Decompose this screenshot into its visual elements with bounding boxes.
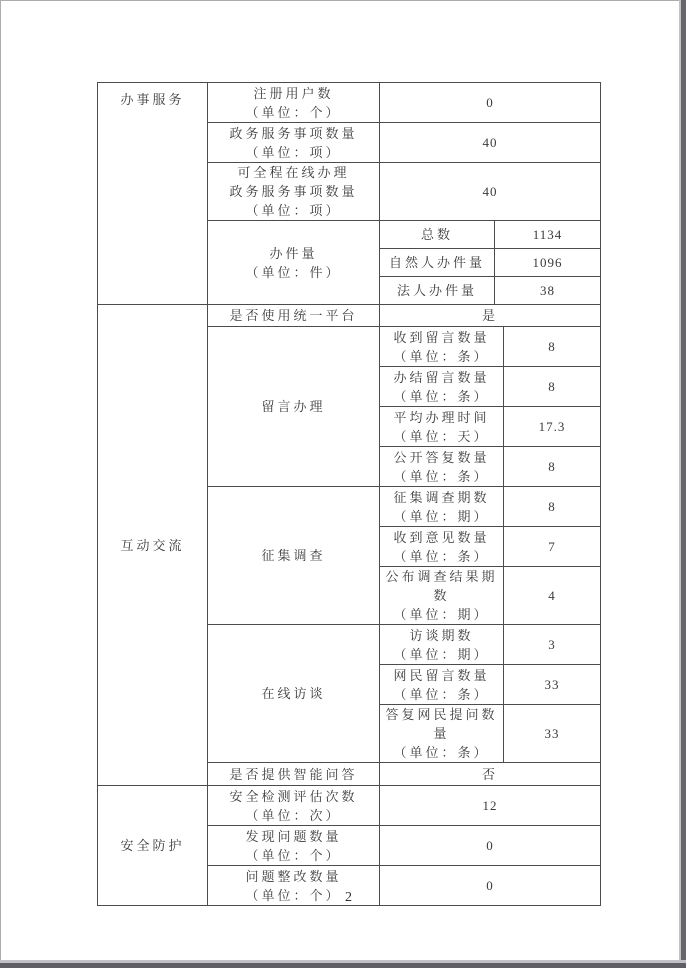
sublabel-opinions-received: 收到意见数量 （单位：条）: [380, 527, 504, 567]
value-problems-found: 0: [380, 826, 601, 866]
section-security: 安全防护 安全检测评估次数 （单位：次） 12 发现问题数量 （单位：个） 0 …: [97, 785, 601, 906]
document-page: { "page": { "number": "2" }, "table": { …: [0, 0, 686, 968]
sublabel-legal-person-cases: 法人办件量: [380, 277, 495, 305]
sublabel-case-total: 总数: [380, 221, 495, 249]
value-messages-resolved: 8: [504, 367, 601, 407]
label-unified-platform: 是否使用统一平台: [208, 305, 380, 327]
label-case-volume: 办件量 （单位：件）: [208, 221, 380, 305]
value-netizen-messages: 33: [504, 665, 601, 705]
value-registered-users: 0: [380, 83, 601, 123]
page-shadow-right: [679, 0, 686, 968]
value-public-replies: 8: [504, 447, 601, 487]
page-shadow-bottom: [0, 960, 686, 968]
label-message-handling: 留言办理: [208, 327, 380, 487]
category-cell-security: 安全防护: [98, 786, 208, 906]
value-netizen-questions-answered: 33: [504, 705, 601, 763]
label-smart-qa: 是否提供智能问答: [208, 763, 380, 786]
section-office-services: 办事服务 注册用户数 （单位：个） 0 政务服务事项数量 （单位：项） 40 可…: [97, 82, 601, 305]
value-smart-qa: 否: [380, 763, 601, 786]
sublabel-survey-results-published: 公布调查结果期数 （单位：期）: [380, 567, 504, 625]
page-number: 2: [97, 890, 600, 906]
sublabel-messages-resolved: 办结留言数量 （单位：条）: [380, 367, 504, 407]
sublabel-natural-person-cases: 自然人办件量: [380, 249, 495, 277]
sublabel-public-replies: 公开答复数量 （单位：条）: [380, 447, 504, 487]
section-interaction: 互动交流 是否使用统一平台 是 留言办理 收到留言数量 （单位：条） 8 办结留…: [97, 304, 601, 786]
page-edge-top: [0, 0, 686, 1]
value-security-assessments: 12: [380, 786, 601, 826]
sublabel-interview-issues: 访谈期数 （单位：期）: [380, 625, 504, 665]
category-cell-interaction: 互动交流: [98, 305, 208, 786]
value-interview-issues: 3: [504, 625, 601, 665]
value-full-online-service-items: 40: [380, 163, 601, 221]
label-problems-found: 发现问题数量 （单位：个）: [208, 826, 380, 866]
value-natural-person-cases: 1096: [495, 249, 601, 277]
sublabel-average-handling-time: 平均办理时间 （单位：天）: [380, 407, 504, 447]
label-registered-users: 注册用户数 （单位：个）: [208, 83, 380, 123]
value-survey-results-published: 4: [504, 567, 601, 625]
label-survey-collection: 征集调查: [208, 487, 380, 625]
sublabel-survey-issues: 征集调查期数 （单位：期）: [380, 487, 504, 527]
value-unified-platform: 是: [380, 305, 601, 327]
label-online-interviews: 在线访谈: [208, 625, 380, 763]
report-table: 办事服务 注册用户数 （单位：个） 0 政务服务事项数量 （单位：项） 40 可…: [97, 82, 600, 906]
sublabel-netizen-questions-answered: 答复网民提问数量 （单位：条）: [380, 705, 504, 763]
value-survey-issues: 8: [504, 487, 601, 527]
page-edge-left: [0, 0, 1, 968]
value-case-total: 1134: [495, 221, 601, 249]
label-full-online-service-items: 可全程在线办理 政务服务事项数量 （单位：项）: [208, 163, 380, 221]
label-security-assessments: 安全检测评估次数 （单位：次）: [208, 786, 380, 826]
value-legal-person-cases: 38: [495, 277, 601, 305]
value-average-handling-time: 17.3: [504, 407, 601, 447]
sublabel-messages-received: 收到留言数量 （单位：条）: [380, 327, 504, 367]
value-service-items: 40: [380, 123, 601, 163]
value-messages-received: 8: [504, 327, 601, 367]
value-opinions-received: 7: [504, 527, 601, 567]
category-cell-office-services: 办事服务: [98, 83, 208, 305]
sublabel-netizen-messages: 网民留言数量 （单位：条）: [380, 665, 504, 705]
label-service-items: 政务服务事项数量 （单位：项）: [208, 123, 380, 163]
